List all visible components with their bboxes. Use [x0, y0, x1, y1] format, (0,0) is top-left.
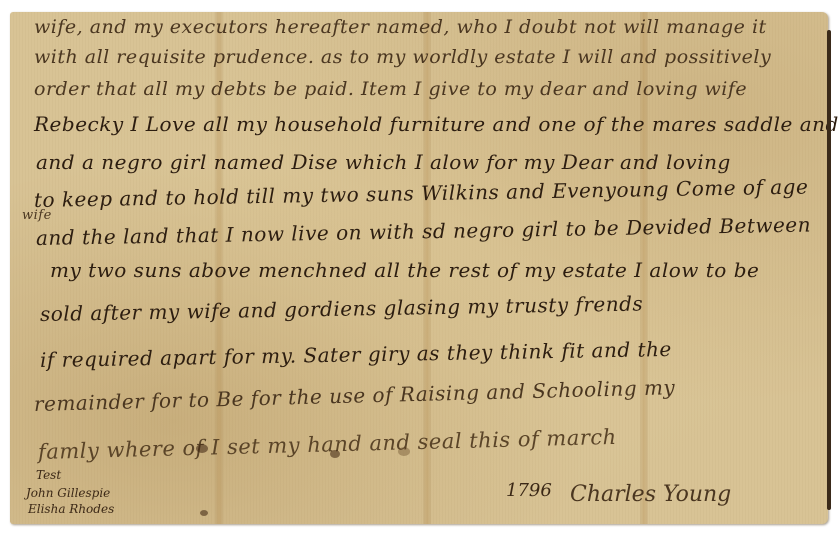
manuscript-line: wife, and my executors hereafter named, …	[34, 16, 767, 38]
manuscript-line: my two suns above menchned all the rest …	[50, 258, 759, 282]
witness-signature: Elisha Rhodes	[28, 502, 114, 516]
ink-stain	[200, 510, 208, 516]
manuscript-line: famly where of I set my hand and seal th…	[38, 425, 617, 464]
ink-stain	[196, 444, 208, 453]
manuscript-line: Rebecky I Love all my household furnitur…	[34, 112, 839, 136]
testator-signature: Charles Young	[570, 482, 731, 507]
manuscript-line: order that all my debts be paid. Item I …	[34, 78, 747, 100]
manuscript-page: wife, and my executors hereafter named, …	[10, 12, 828, 524]
witness-signature: John Gillespie	[26, 486, 110, 500]
manuscript-line: with all requisite prudence. as to my wo…	[34, 46, 771, 68]
manuscript-line: remainder for to Be for the use of Raisi…	[34, 375, 676, 416]
date-year: 1796	[506, 480, 552, 501]
witness-label: Test	[36, 468, 61, 482]
manuscript-line: sold after my wife and gordiens glasing …	[40, 291, 644, 326]
marginal-note: wife	[22, 208, 52, 223]
manuscript-line: if required apart for my. Sater giry as …	[40, 337, 672, 372]
manuscript-line: and a negro girl named Dise which I alow…	[36, 150, 731, 174]
ink-stain	[398, 447, 410, 456]
ink-stain	[330, 450, 340, 458]
manuscript-line: to keep and to hold till my two suns Wil…	[34, 174, 809, 212]
